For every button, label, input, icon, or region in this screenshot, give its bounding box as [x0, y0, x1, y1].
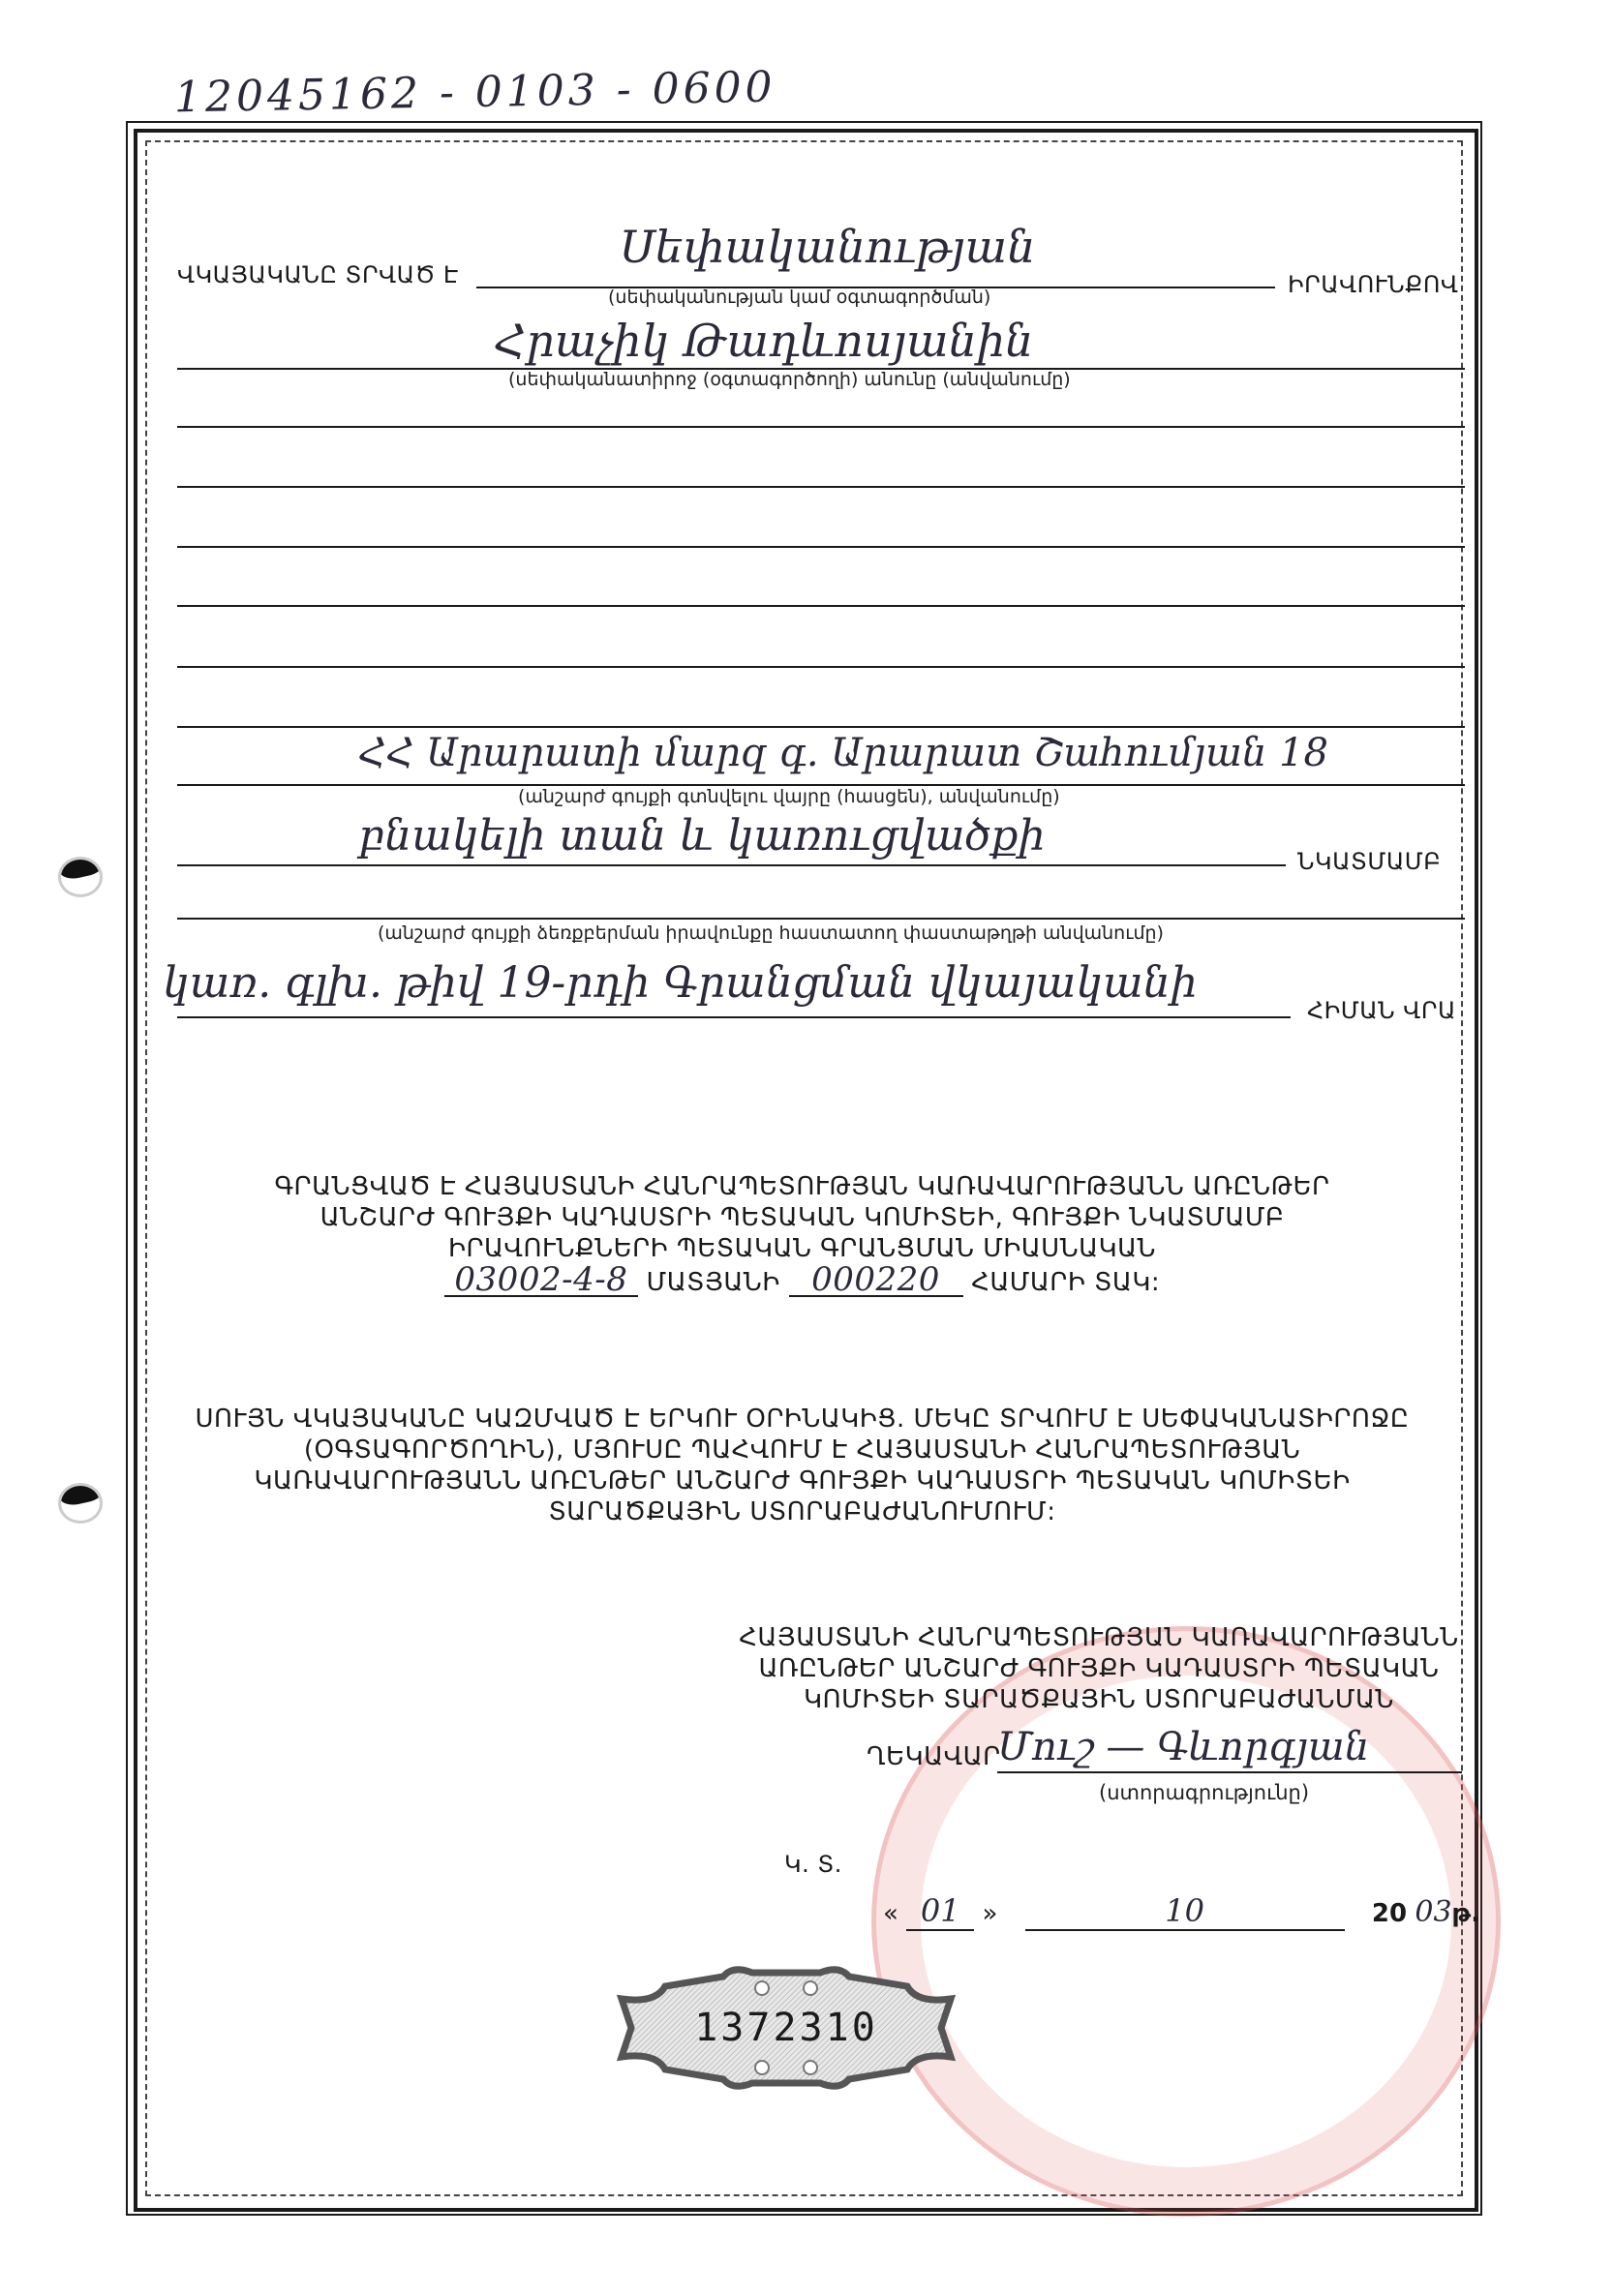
copies-notice-line: ՏԱՐԱԾՔԱՅԻՆ ՍՏՈՐԱԲԱԺԱՆՈՒՄՈՒՄ: — [145, 1496, 1459, 1527]
serial-number: 1372310 — [607, 1965, 965, 2091]
punch-hole-icon — [58, 1483, 103, 1524]
date-month: 10 — [1025, 1892, 1345, 1931]
property-description-suffix: ՆԿԱՏՄԱՄԲ — [1297, 848, 1441, 875]
record-label: ՀԱՄԱՐԻ ՏԱԿ: — [971, 1268, 1160, 1297]
owner-name-value: Հրաչիկ Թադևոսյանին — [494, 315, 1033, 367]
basis-suffix: ՀԻՄԱՆ ՎՐԱ — [1307, 997, 1456, 1024]
volume-label: ՄԱՏՅԱՆԻ — [647, 1268, 780, 1297]
blank-line — [177, 605, 1465, 607]
date-open-quote: « — [883, 1899, 898, 1928]
registration-line: ԱՆՇԱՐԺ ԳՈՒՅՔԻ ԿԱԴԱՍՏՐԻ ՊԵՏԱԿԱՆ ԿՈՄԻՏԵԻ, … — [145, 1202, 1459, 1233]
property-location-caption: (անշարժ գույքի գտնվելու վայրը (հասցեն), … — [518, 786, 1060, 807]
copies-notice-line: ԿԱՌԱՎԱՐՈՒԹՅԱՆՆ ԱՌԸՆԹԵՐ ԱՆՇԱՐԺ ԳՈՒՅՔԻ ԿԱԴ… — [145, 1465, 1459, 1496]
right-type-caption: (սեփականության կամ օգտագործման) — [608, 287, 990, 308]
property-location-value: ՀՀ Արարատի մարզ գ. Արարատ Շահումյան 18 — [358, 731, 1328, 775]
authority-line: ԱՌԸՆԹԵՐ ԱՆՇԱՐԺ ԳՈՒՅՔԻ ԿԱԴԱՍՏՐԻ ՊԵՏԱԿԱՆ — [736, 1653, 1462, 1684]
basis-line — [177, 1016, 1291, 1018]
head-label: ՂԵԿԱՎԱՐ — [867, 1742, 1001, 1771]
date-close-quote: » — [982, 1899, 997, 1928]
registration-numbers: 03002-4-8 ՄԱՏՅԱՆԻ 000220 ՀԱՄԱՐԻ ՏԱԿ: — [145, 1264, 1459, 1298]
head-signature: Մուշ — Գևորգյան — [997, 1725, 1369, 1769]
date-year: 03 — [1415, 1895, 1451, 1929]
blank-line — [177, 426, 1465, 428]
authority-block: ՀԱՅԱՍՏԱՆԻ ՀԱՆՐԱՊԵՏՈՒԹՅԱՆ ԿԱՌԱՎԱՐՈՒԹՅԱՆՆ … — [736, 1622, 1462, 1715]
blank-line — [177, 546, 1465, 548]
reference-number: 12045162 - 0103 - 0600 — [174, 63, 776, 123]
registration-line: ԻՐԱՎՈՒՆՔՆԵՐԻ ՊԵՏԱԿԱՆ ԳՐԱՆՑՄԱՆ ՄԻԱՍՆԱԿԱՆ — [145, 1233, 1459, 1264]
copies-notice: ՍՈՒՅՆ ՎԿԱՅԱԿԱՆԸ ԿԱԶՄՎԱԾ Է ԵՐԿՈՒ ՕՐԻՆԱԿԻՑ… — [145, 1404, 1459, 1527]
right-suffix-label: ԻՐԱՎՈՒՆՔՈՎ — [1288, 271, 1458, 298]
issue-date: « 01 » 10 20 03թ. — [883, 1892, 1480, 1931]
issued-to-label: ՎԿԱՅԱԿԱՆԸ ՏՐՎԱԾ Է — [177, 261, 459, 288]
signature-caption: (ստորագրությունը) — [1099, 1781, 1309, 1804]
serial-number-plate: 1372310 — [607, 1965, 965, 2091]
record-number-value: 000220 — [789, 1264, 963, 1297]
signature-line — [997, 1771, 1462, 1773]
copies-notice-line: ՍՈՒՅՆ ՎԿԱՅԱԿԱՆԸ ԿԱԶՄՎԱԾ Է ԵՐԿՈՒ ՕՐԻՆԱԿԻՑ… — [145, 1404, 1459, 1435]
property-description-value: բնակելի տան և կառուցվածքի — [358, 811, 1046, 861]
blank-line — [177, 486, 1465, 488]
authority-line: ՀԱՅԱՍՏԱՆԻ ՀԱՆՐԱՊԵՏՈՒԹՅԱՆ ԿԱՌԱՎԱՐՈՒԹՅԱՆՆ — [736, 1622, 1462, 1653]
owner-name-caption: (սեփականատիրոջ (օգտագործողի) անունը (անվ… — [508, 369, 1071, 390]
registration-statement: ԳՐԱՆՑՎԱԾ Է ՀԱՅԱՍՏԱՆԻ ՀԱՆՐԱՊԵՏՈՒԹՅԱՆ ԿԱՌԱ… — [145, 1171, 1459, 1298]
seal-label: Կ. Տ. — [784, 1851, 842, 1878]
property-description-line — [177, 864, 1286, 866]
copies-notice-line: (ՕԳՏԱԳՈՐԾՈՂԻՆ), ՄՅՈՒՍԸ ՊԱՀՎՈՒՄ Է ՀԱՅԱՍՏԱ… — [145, 1435, 1459, 1465]
punch-hole-icon — [58, 857, 103, 897]
basis-document-value: կառ. գլխ. թիվ 19-րդի Գրանցման վկայականի — [163, 958, 1198, 1008]
blank-line — [177, 726, 1465, 728]
volume-number-value: 03002-4-8 — [444, 1264, 638, 1297]
basis-caption: (անշարժ գույքի ձեռքբերման իրավունքը հաստ… — [378, 922, 1164, 944]
authority-line: ԿՈՄԻՏԵԻ ՏԱՐԱԾՔԱՅԻՆ ՍՏՈՐԱԲԱԺԱՆՄԱՆ — [736, 1684, 1462, 1715]
date-year-prefix: 20 — [1372, 1899, 1407, 1928]
date-day: 01 — [906, 1892, 974, 1931]
basis-caption-line — [177, 918, 1465, 920]
registration-line: ԳՐԱՆՑՎԱԾ Է ՀԱՅԱՍՏԱՆԻ ՀԱՆՐԱՊԵՏՈՒԹՅԱՆ ԿԱՌԱ… — [145, 1171, 1459, 1202]
date-year-suffix: թ. — [1452, 1899, 1481, 1928]
right-type-value: Սեփականության — [620, 221, 1035, 273]
blank-line — [177, 666, 1465, 668]
